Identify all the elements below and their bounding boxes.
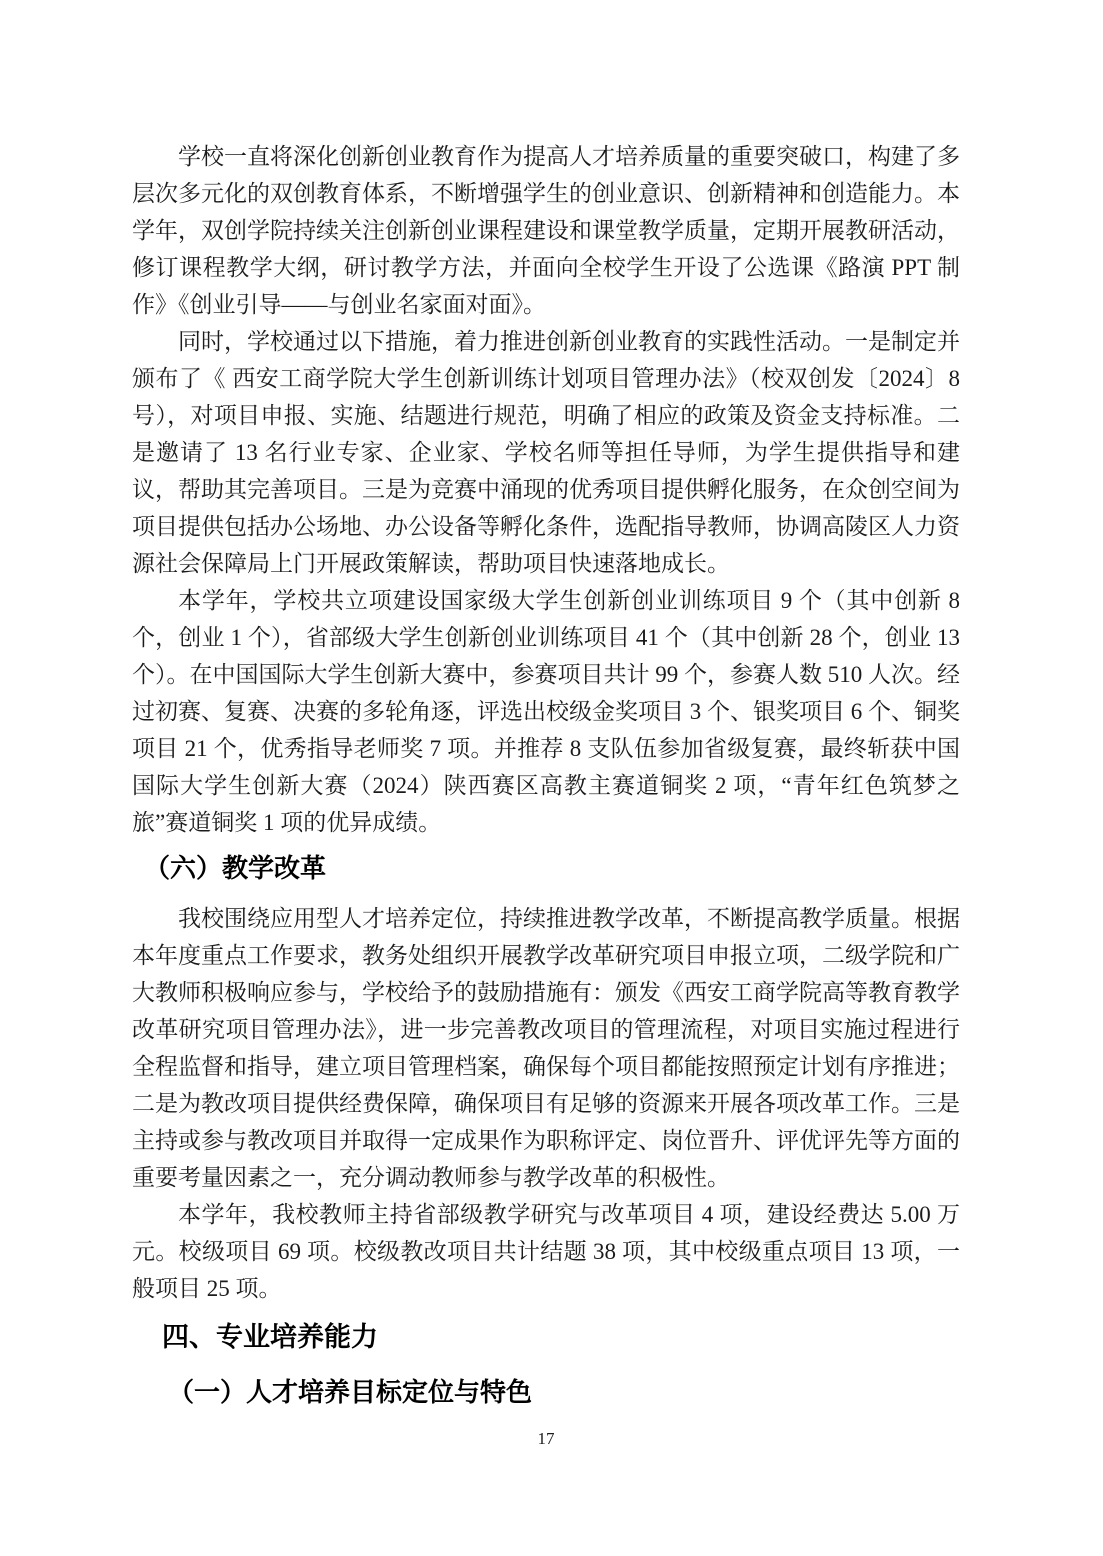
paragraph-innovation-education: 学校一直将深化创新创业教育作为提高人才培养质量的重要突破口，构建了多层次多元化的… <box>132 138 960 323</box>
heading-chapter-4-program-capacity: 四、专业培养能力 <box>162 1317 960 1357</box>
heading-section-1-talent-goals: （一）人才培养目标定位与特色 <box>168 1371 960 1413</box>
document-page: 学校一直将深化创新创业教育作为提高人才培养质量的重要突破口，构建了多层次多元化的… <box>0 0 1103 1556</box>
heading-section-6-teaching-reform: （六）教学改革 <box>144 847 960 889</box>
paragraph-teaching-reform-measures: 我校围绕应用型人才培养定位，持续推进教学改革，不断提高教学质量。根据本年度重点工… <box>132 900 960 1196</box>
page-number: 17 <box>132 1429 960 1449</box>
paragraph-practice-measures: 同时，学校通过以下措施，着力推进创新创业教育的实践性活动。一是制定并颁布了《 西… <box>132 323 960 582</box>
document-content: 学校一直将深化创新创业教育作为提高人才培养质量的重要突破口，构建了多层次多元化的… <box>132 138 960 1449</box>
paragraph-competition-results: 本学年，学校共立项建设国家级大学生创新创业训练项目 9 个（其中创新 8 个，创… <box>132 582 960 841</box>
paragraph-reform-project-stats: 本学年，我校教师主持省部级教学研究与改革项目 4 项，建设经费达 5.00 万元… <box>132 1196 960 1307</box>
